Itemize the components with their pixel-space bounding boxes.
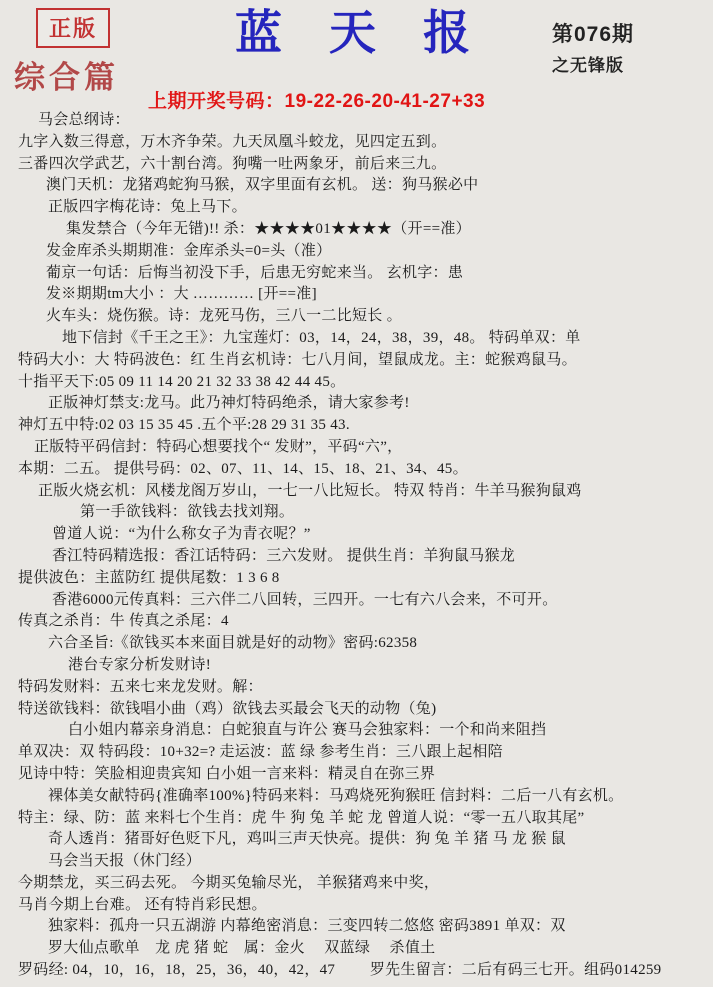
text-line: 罗码经: 04，10，16，18，25，36，40，42，47 罗先生留言：二后… [18,960,709,982]
text-line: 单双决：双 特码段：10+32=? 走运波：蓝 绿 参考生肖：三八跟上起相陪 [18,742,709,764]
newspaper-page: 正版 蓝 天 报 第076期 之无锋版 综合篇 上期开奖号码：19-22-26-… [0,0,713,987]
text-line: 六合圣旨:《欲钱买本来面目就是好的动物》密码:62358 [18,633,709,655]
text-line: 马会总纲诗： [18,110,709,132]
text-line: 提供波色：主蓝防红 提供尾数：1 3 6 8 [18,568,709,590]
text-line: 九字入数三得意，万木齐争荣。九天凤凰斗蛟龙，见四定五到。 [18,132,709,154]
page-title: 蓝 天 报 [235,0,487,63]
text-line: 本期：二五。 提供号码：02、07、11、14、15、18、21、34、45。 [18,459,709,481]
issue-edition: 之无锋版 [552,51,634,76]
text-line: 十指平天下:05 09 11 14 20 21 32 33 38 42 44 4… [18,372,709,394]
section-title: 综合篇 [14,52,119,97]
text-line: 特码大小：大 特码波色：红 生肖玄机诗：七八月间，望鼠成龙。主：蛇猴鸡鼠马。 [18,350,709,372]
text-line: 马肖今期上台难。 还有特肖彩民想。 [18,895,709,917]
issue-number: 第076期 [552,18,634,48]
text-line: 见诗中特：笑脸相迎贵宾知 白小姐一言来料：精灵自在弥三界 [18,764,709,786]
text-line: 发金库杀头期期准：金库杀头=0=头（准） [18,241,709,263]
text-line: 裸体美女献特码{准确率100%}特码来料：马鸡烧死狗猴旺 信封料：二后一八有玄机… [18,786,709,808]
text-line: 三番四次学武艺，六十割台湾。狗嘴一吐两象牙，前后来三九。 [18,154,709,176]
text-line: 罗大仙点歌单 龙 虎 猪 蛇 属：金火 双蓝绿 杀值土 [18,938,709,960]
text-line: 马会当天报（休门经） [18,851,709,873]
text-line: 香港6000元传真料：三六伴二八回转，三四开。一七有六八会来，不可开。 [18,590,709,612]
text-line: 特码发财料：五来七来龙发财。解： [18,677,709,699]
text-line: 传真之杀肖：牛 传真之杀尾：4 [18,611,709,633]
text-line: 独家料：孤舟一只五湖游 内幕绝密消息：三变四转二悠悠 密码3891 单双：双 [18,916,709,938]
text-line: 发※期期tm大小 ：大 ………… [开==准] [18,284,709,306]
text-line: 正版火烧玄机：风楼龙阁万岁山，一七一八比短长。 特双 特肖：牛羊马猴狗鼠鸡 [18,481,709,503]
authentic-badge: 正版 [36,8,110,48]
text-line: 特主：绿、防：蓝 来料七个生肖：虎 牛 狗 兔 羊 蛇 龙 曾道人说：“零一五八… [18,808,709,830]
text-line: 第一手欲钱料：欲钱去找刘翔。 [18,502,709,524]
text-line: 澳门天机：龙猪鸡蛇狗马猴，双字里面有玄机。 送：狗马猴必中 [18,175,709,197]
text-line: 正版特平码信封：特码心想要找个“ 发财”，平码“六”， [18,437,709,459]
text-line: 集发禁合（今年无错)!! 杀：★★★★01★★★★（开==准） [18,219,709,241]
text-line: 神灯五中特:02 03 15 35 45 .五个平:28 29 31 35 43… [18,415,709,437]
text-line: 葡京一句话：后悔当初没下手，后患无穷蛇来当。 玄机字：患 [18,263,709,285]
text-line: 特送欲钱料：欲钱唱小曲（鸡）欲钱去买最会飞天的动物（兔) [18,699,709,721]
text-line: 奇人透肖：猪哥好色贬下凡，鸡叫三声天快亮。提供：狗 兔 羊 猪 马 龙 猴 鼠 [18,829,709,851]
text-line: 港台专家分析发财诗! [18,655,709,677]
text-line: 今期禁龙，买三码去死。 今期买兔输尽光， 羊猴猪鸡来中奖， [18,873,709,895]
text-line: 白小姐内幕亲身消息：白蛇狼直与许公 赛马会独家料：一个和尚来阻挡 [18,720,709,742]
text-line: 正版神灯禁支:龙马。此乃神灯特码绝杀，请大家参考! [18,393,709,415]
last-draw-numbers: 上期开奖号码：19-22-26-20-41-27+33 [148,86,485,113]
body-lines: 马会总纲诗：九字入数三得意，万木齐争荣。九天凤凰斗蛟龙，见四定五到。三番四次学武… [18,110,709,982]
text-line: 火车头：烧伤猴。诗：龙死马伤，三八一二比短长 。 [18,306,709,328]
text-line: 正版四字梅花诗：兔上马下。 [18,197,709,219]
text-line: 香江特码精选报：香江话特码：三六发财。 提供生肖：羊狗鼠马猴龙 [18,546,709,568]
text-line: 地下信封《千王之王》：九宝莲灯：03，14，24，38，39，48。 特码单双：… [18,328,709,350]
text-line: 曾道人说：“为什么称女子为青衣呢？” [18,524,709,546]
issue-block: 第076期 之无锋版 [552,18,634,76]
